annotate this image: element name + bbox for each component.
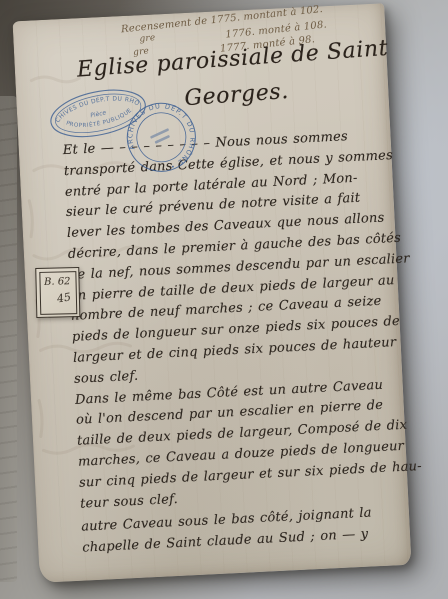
shelfmark-label-inner: B. 62 45 <box>39 271 77 315</box>
margin-mark-1: gre <box>139 33 156 45</box>
document-title-line-2: Georges. <box>184 79 290 111</box>
shelfmark-line-1: B. 62 <box>44 276 71 288</box>
manuscript-page: Recensement de 1775. montant à 102. 1776… <box>12 3 411 583</box>
oval-stamp-center-text: Pièce <box>90 109 107 119</box>
shelfmark-label: B. 62 45 <box>35 267 80 318</box>
round-stamp-center-marks <box>150 128 172 145</box>
manuscript-text: Et le — – – – – – – – – Nous nous sommes… <box>62 126 398 560</box>
shelfmark-line-2: 45 <box>55 290 71 305</box>
adjacent-sheet-edge <box>0 96 17 582</box>
photo-background: Recensement de 1775. montant à 102. 1776… <box>0 0 448 599</box>
